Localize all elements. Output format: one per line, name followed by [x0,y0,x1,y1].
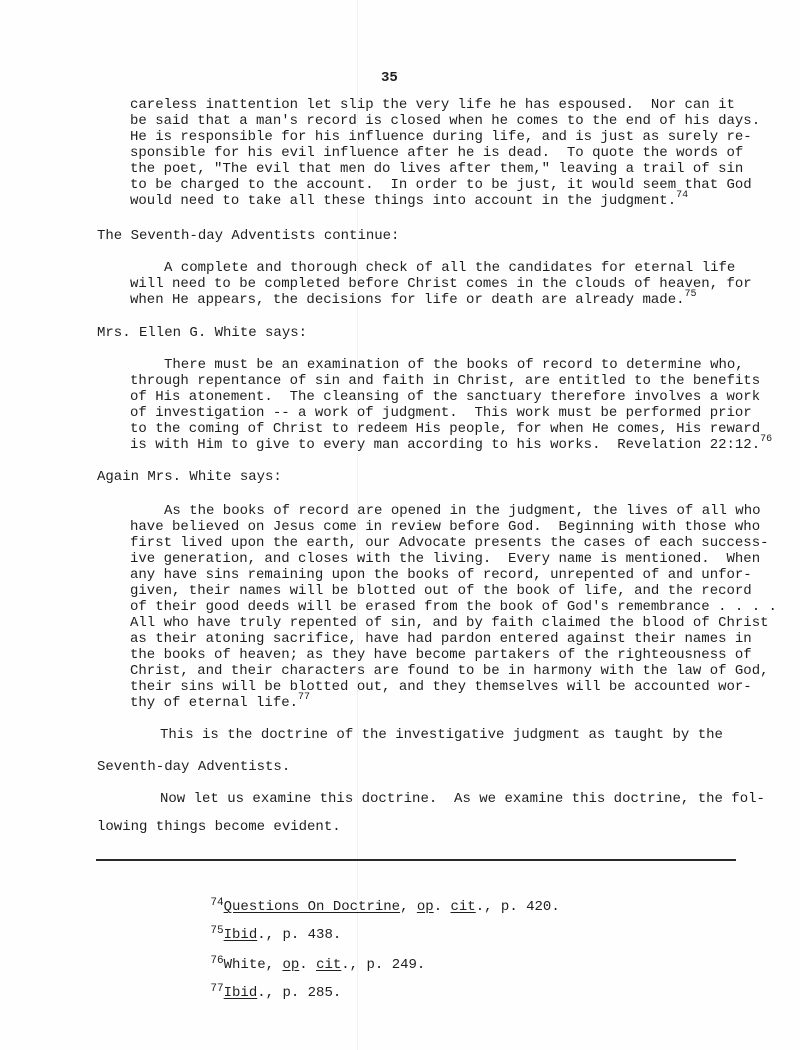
quote4-line: as their atoning sacrifice, have had par… [130,631,752,647]
quote3-line: through repentance of sin and faith in C… [130,373,760,389]
footnote-ibid: Ibid [224,985,258,1001]
document-page: 35 careless inattention let slip the ver… [0,0,800,1050]
page-number: 35 [381,70,398,86]
quote2-line: will need to be completed before Christ … [130,276,752,292]
quote3-line: to the coming of Christ to redeem His pe… [130,421,760,437]
quote1-line: careless inattention let slip the very l… [130,97,735,113]
quote3-line: is with Him to give to every man accordi… [130,437,760,453]
quote2-line: A complete and thorough check of all the… [164,260,735,276]
quote1-line: be said that a man's record is closed wh… [130,113,760,129]
quote1-line: would need to take all these things into… [130,193,676,209]
quote1-line: the poet, "The evil that men do lives af… [130,161,743,177]
quote4-line: have believed on Jesus come in review be… [130,519,760,535]
quote4-line: first lived upon the earth, our Advocate… [130,535,769,551]
footnote-separator: . [434,899,451,915]
intro-seventh-day-adventists-continue: The Seventh-day Adventists continue: [97,228,399,244]
footnote-number: 75 [210,925,223,937]
footnote-separator-rule [96,859,736,861]
quote4-line: thy of eternal life. [130,695,298,711]
footnote-op: op [417,899,434,915]
quote1-last-line: would need to take all these things into… [130,193,688,209]
quote4-last-line: thy of eternal life.77 [130,695,310,711]
quote4-line: any have sins remaining upon the books o… [130,567,752,583]
paragraph-line: Seventh-day Adventists. [97,759,290,775]
quote1-line: sponsible for his evil influence after h… [130,145,743,161]
footnote-separator: , [400,899,417,915]
quote3-line: of His atonement. The cleansing of the s… [130,389,760,405]
quote4-line: the books of heaven; as they have become… [130,647,752,663]
footnote-ref-77: 77 [298,692,310,703]
quote2-last-line: when He appears, the decisions for life … [130,292,697,308]
quote1-line: He is responsible for his influence duri… [130,129,752,145]
quote4-line: Christ, and their characters are found t… [130,663,769,679]
footnote-page: ., p. 249. [341,957,425,973]
quote4-line: ive generation, and closes with the livi… [130,551,760,567]
footnote-number: 74 [210,897,223,909]
footnote-ref-75: 75 [685,289,697,300]
quote4-line: As the books of record are opened in the… [164,503,761,519]
intro-again-white-says: Again Mrs. White says: [97,469,282,485]
footnote-77: 77Ibid., p. 285. [160,969,341,1017]
paragraph-line: This is the doctrine of the investigativ… [160,727,723,743]
intro-ellen-white-says: Mrs. Ellen G. White says: [97,325,307,341]
footnote-cit: cit [451,899,476,915]
quote4-line: their sins will be blotted out, and they… [130,679,752,695]
quote3-line: of investigation -- a work of judgment. … [130,405,752,421]
paragraph-line: Now let us examine this doctrine. As we … [160,791,765,807]
quote1-line: to be charged to the account. In order t… [130,177,752,193]
quote4-line: of their good deeds will be erased from … [130,599,777,615]
quote4-line: given, their names will be blotted out o… [130,583,752,599]
footnote-number: 76 [210,955,223,967]
quote2-line: when He appears, the decisions for life … [130,292,685,308]
footnote-ref-74: 74 [676,190,688,201]
footnote-ref-76: 76 [760,434,772,445]
quote3-line: There must be an examination of the book… [164,357,744,373]
footnote-page: ., p. 285. [257,985,341,1001]
quote4-line: All who have truly repented of sin, and … [130,615,769,631]
footnote-page: ., p. 420. [476,899,560,915]
paragraph-line: lowing things become evident. [97,819,341,835]
footnote-number: 77 [210,983,223,995]
quote3-last-line: is with Him to give to every man accordi… [130,437,772,453]
